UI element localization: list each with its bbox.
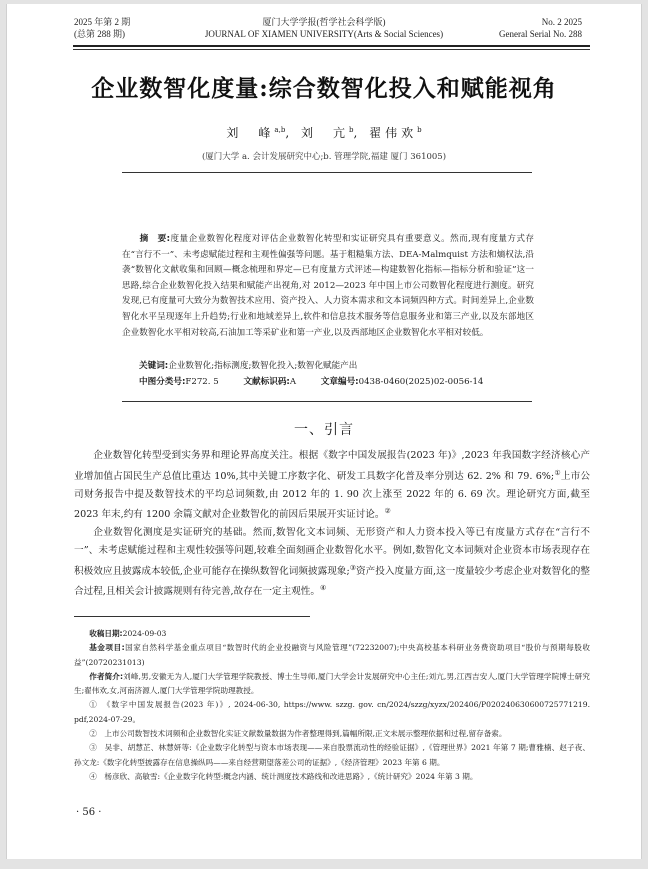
- received-date: 收稿日期:2024-09-03: [74, 627, 590, 641]
- author-name: 刘 亢: [301, 126, 349, 140]
- paragraph: 企业数智化转型受到实务界和理论界高度关注。根据《数字中国发展报告(2023 年)…: [74, 447, 590, 524]
- abstract-text: 度量企业数智化程度对评估企业数智化转型和实证研究具有重要意义。然而,现有度量方式…: [122, 234, 534, 338]
- clc-label: 中图分类号:: [139, 377, 185, 387]
- paragraph: 企业数智化测度是实证研究的基础。然而,数智化文本词频、无形资产和人力资本投入等已…: [74, 524, 590, 601]
- clc-value: F272. 5: [185, 377, 218, 387]
- header-rule-thin: [73, 49, 590, 50]
- doc-code-label: 文献标识码:: [243, 377, 289, 387]
- footnote-ref[interactable]: ②: [384, 507, 390, 515]
- author-name: 刘 峰: [226, 126, 274, 140]
- body-text: 企业数智化转型受到实务界和理论界高度关注。根据《数字中国发展报告(2023 年)…: [74, 447, 590, 601]
- author-list: 刘 峰a,b, 刘 亢b, 翟伟欢b: [7, 124, 641, 141]
- footnote-divider: [74, 616, 310, 617]
- fund-info: 基金项目:国家自然科学基金重点项目“数智时代的企业投融资与风险管理”(72232…: [74, 641, 590, 670]
- document-page: 2025 年第 2 期 (总第 288 期) 厦门大学学报(哲学社会科学版) J…: [6, 4, 642, 859]
- page-number: · 56 ·: [76, 807, 101, 818]
- article-title: 企业数智化度量:综合数智化投入和赋能视角: [7, 70, 641, 103]
- article-no-label: 文章编号:: [321, 377, 359, 387]
- section-heading: 一、引言: [7, 419, 641, 439]
- keywords-text: 企业数智化;指标测度;数智化投入;数智化赋能产出: [168, 361, 357, 371]
- footnote-1: ① 《数字中国发展报告(2023 年)》, 2024-06-30, https:…: [74, 698, 590, 727]
- classification-line: 中图分类号:F272. 5 文献标识码:A 文章编号:0438-0460(202…: [139, 375, 483, 390]
- divider: [122, 401, 532, 402]
- footnote-3: ③ 吴非、胡慧芷、林慧妍等:《企业数字化转型与资本市场表现——来自股票流动性的经…: [74, 741, 590, 770]
- footnote-2: ② 上市公司数智技术词频和企业数智化实证文献数量数据为作者整理得到,篇幅所限,正…: [74, 727, 590, 741]
- footnote-ref[interactable]: ①: [554, 469, 561, 477]
- footnote-4: ④ 杨彦欣、高敏雪:《企业数字化转型:概念内涵、统计测度技术路线和改进思路》,《…: [74, 770, 590, 784]
- author-affiliation-mark: b: [417, 126, 421, 134]
- abstract-label: 摘 要:: [139, 234, 170, 244]
- author-name: 翟伟欢: [369, 126, 417, 140]
- affiliation: (厦门大学 a. 会计发展研究中心;b. 管理学院,福建 厦门 361005): [7, 150, 641, 162]
- header-rule: [73, 45, 590, 47]
- serial-en: General Serial No. 288: [499, 28, 582, 40]
- header-issue-en: No. 2 2025 General Serial No. 288: [499, 16, 582, 40]
- article-no-value: 0438-0460(2025)02-0056-14: [359, 377, 484, 387]
- footnotes: 收稿日期:2024-09-03 基金项目:国家自然科学基金重点项目“数智时代的企…: [74, 627, 590, 784]
- issue-en: No. 2 2025: [499, 16, 582, 28]
- divider: [122, 172, 532, 173]
- keywords-label: 关键词:: [139, 361, 168, 371]
- author-affiliation-mark: b: [349, 126, 353, 134]
- author-bio: 作者简介:刘峰,男,安徽无为人,厦门大学管理学院教授、博士生导师,厦门大学会计发…: [74, 670, 590, 699]
- doc-code-value: A: [290, 377, 296, 387]
- keywords: 关键词:企业数智化;指标测度;数智化投入;数智化赋能产出: [139, 359, 357, 374]
- footnote-ref[interactable]: ④: [320, 584, 326, 592]
- abstract: 摘 要:度量企业数智化程度对评估企业数智化转型和实证研究具有重要意义。然而,现有…: [122, 232, 534, 341]
- author-affiliation-mark: a,b: [274, 126, 285, 134]
